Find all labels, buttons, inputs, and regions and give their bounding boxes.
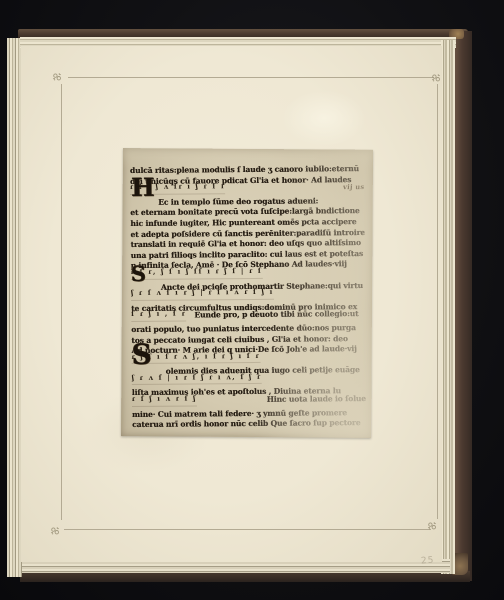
neume-glyphs: ſ ɾ ʃ ı , ſ ɾ [131,309,186,322]
neume-glyphs: ʃ ɾ ſ ʌ ſ ı ɾ ʃ | ɾ ſ ı ʌ ɾ ſ ʃ ı [131,287,274,301]
manuscript-text: caterua nrī ordis honor nūc celib Que ſa… [132,418,360,429]
fleuron-icon [50,522,61,533]
border-rule-left [61,84,62,520]
border-rule-bottom [64,529,431,530]
page-stack-edges-left [7,38,22,577]
border-rule-right [437,84,438,519]
page-stack-edges-right [441,40,455,574]
manuscript-text-block: dulcā ritas:plena modulis ſ laude ʒ cano… [130,161,366,429]
illuminated-initial: S [131,268,146,279]
neume-glyphs: ɾ ſ ʃ ı ʌ ɾ ſ ʃ [132,394,197,407]
book-cover-right-edge [454,31,472,581]
fleuron-icon [431,69,442,80]
margin-annotation: vij us [342,182,364,193]
illuminated-initial: S [131,350,151,361]
neume-glyphs: ʃ ɾ ʌ ſ | ı ɾ ſ ʃ ɾ ı ʌ, ſ ʃ ɾ [132,372,262,386]
fleuron-icon [52,68,63,79]
neume-glyphs: ɾ ſ ɾ, ʃ ſ ı ʃ ſſ ı ɾ ʃ ſ | ɾ ſ [131,266,263,280]
manuscript-line: caterua nrī ordis honor nūc celib Que ſa… [132,415,366,428]
pencil-page-number: 25 [421,556,435,567]
fleuron-icon [427,517,438,528]
album-page: dulcā ritas:plena modulis ſ laude ʒ cano… [21,46,442,562]
border-rule-top [68,77,434,78]
book-photograph-scene: dulcā ritas:plena modulis ſ laude ʒ cano… [0,0,504,600]
mounted-manuscript-photograph: dulcā ritas:plena modulis ſ laude ʒ cano… [121,148,373,438]
illuminated-initial: H [131,183,155,194]
